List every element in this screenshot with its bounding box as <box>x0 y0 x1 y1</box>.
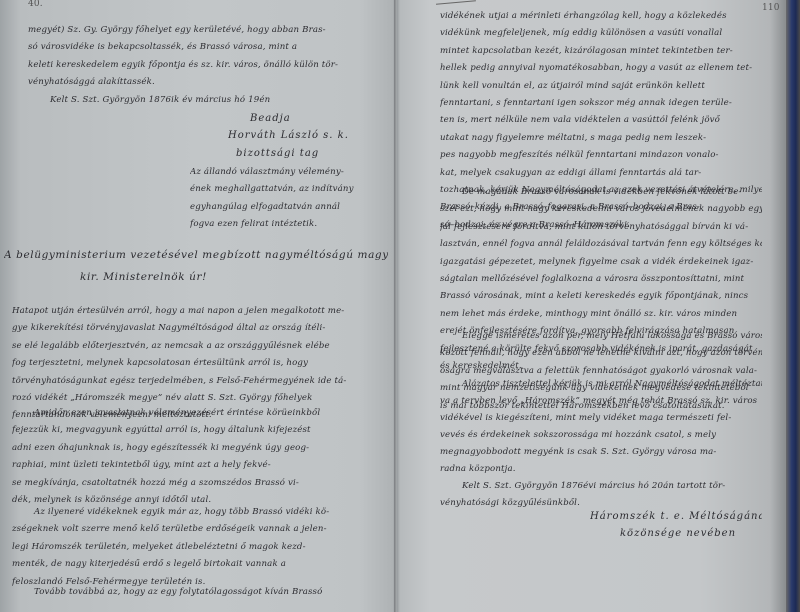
left-paragraph-3: Amidőn ezen javaslatnak véleményezésért … <box>12 405 388 509</box>
left-paragraph-5: Tovább továbbá az, hogy az egy folytatól… <box>12 584 388 601</box>
manuscript-spread: 40. megyét) Sz. Gy. György főhelyet egy … <box>0 0 800 612</box>
book-gutter <box>394 0 397 612</box>
address-heading: A belügyministerium vezetésével megbízot… <box>4 244 388 288</box>
right-closing: Háromszék t. e. Méltóságának közönsége n… <box>590 508 762 543</box>
left-signature: Beadja Horváth László s. k. bizottsági t… <box>228 110 388 162</box>
right-page: 110 vidékének utjai a mérinleti érhangzó… <box>440 0 762 612</box>
left-dateline: Kelt S. Szt. Györgyön 1876ik év március … <box>28 92 388 109</box>
right-page-number: 110 <box>762 0 780 17</box>
left-page: 40. megyét) Sz. Gy. György főhelyet egy … <box>28 0 388 612</box>
right-paragraph-4: Alázatos tisztelettel kérjük is mi arról… <box>440 376 762 478</box>
page-flourish <box>436 0 476 5</box>
resolution-note: Az állandó választmány vélemény- ének me… <box>190 164 388 234</box>
book-cover-edge <box>786 0 800 612</box>
left-page-top-mark: 40. <box>28 0 43 13</box>
left-paragraph-4: Az ilyeneré vidékeknek egyik már az, hog… <box>12 504 388 591</box>
left-paragraph-1: megyét) Sz. Gy. György főhelyet egy kerü… <box>28 22 388 109</box>
